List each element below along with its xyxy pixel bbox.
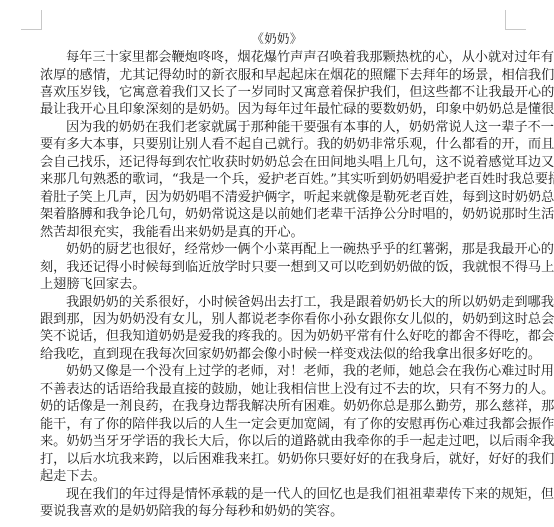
paragraph-3-line-2: 刻，我还记得小时候每到临近放学时只要一想到又可以吃到奶奶做的饭，我就恨不得马上插: [40, 259, 514, 277]
paragraph-2-line-2: 要有多大本事，只要别让别人看不起自己就行。我的奶奶非常乐观，什么都看的开，而且很: [40, 136, 514, 154]
paragraph-2-line-4: 来那几句熟悉的歌词，“我是一个兵，爱护老百姓。”其实听到奶奶唱爱护老百姓时我总要…: [40, 171, 514, 189]
page-corner-mark-top-right: [505, 10, 526, 30]
page-corner-mark-top-left: [21, 10, 42, 30]
paragraph-1-line-2: 浓厚的感情，尤其记得幼时的新衣服和早起起床在烟花的照耀下去拜年的场景，相信我们都: [40, 67, 514, 85]
paragraph-1-line-1: 每年三十家里都会鞭炮咚咚，烟花爆竹声声召唤着我那颗热枕的心，从小就对过年有着: [66, 49, 514, 67]
paragraph-2-line-6: 架着胳膊和我争论几句，奶奶常说这是以前她们老辈干活挣公分时唱的，奶奶说那时生活虽: [40, 206, 514, 224]
paragraph-2-line-3: 会自己找乐，还记得每到农忙收获时奶奶总会在田间地头唱上几句，这不说着感觉耳边又传: [40, 154, 514, 172]
paragraph-4-line-3: 笑不说话，但我知道奶奶是爱我的疼我的。因为奶奶平常有什么好吃的都舍不得吃，都会留: [40, 328, 514, 346]
paragraph-3-line-1: 奶奶的厨艺也很好，经常炒一俩个小菜再配上一碗热乎乎的红薯粥，那是我最开心的时: [66, 241, 514, 259]
paragraph-3-line-3: 上翅膀飞回家去。: [40, 276, 514, 294]
paragraph-4-line-4: 给我吃，直到现在我每次回家奶奶都会像小时候一样变戏法似的给我拿出很多好吃的。: [40, 346, 514, 364]
paragraph-4-line-2: 跟到那，因为奶奶没有女儿，别人都说老李你看你小孙女跟你女儿似的，奶奶到这时总会笑: [40, 311, 514, 329]
paragraph-5-line-6: 打，以后水坑我来跨，以后困难我来扛。奶奶你只要好好的在我身后，就好，好好的我们一: [40, 451, 514, 469]
paragraph-2-line-7: 然苦却很充实，我能看出来奶奶是真的开心。: [40, 224, 514, 242]
paragraph-2-line-5: 着肚子笑上几声，因为奶奶唱不清爱护俩字，听起来就像是勒死老百姓，每到这时奶奶总会: [40, 189, 514, 207]
paragraph-5-line-3: 奶的话像是一剂良药，在我身边帮我解决所有困难。奶奶你总是那么勤劳，那么慈祥，那么: [40, 398, 514, 416]
paragraph-5-line-7: 起走下去。: [40, 468, 514, 486]
paragraph-6-line-1: 现在我们的年过得是情怀承载的是一代人的回忆也是我们祖祖辈辈传下来的规矩，但我: [66, 486, 514, 504]
paragraph-6-line-2: 要说我喜欢的是奶奶陪我的每分每秒和奶奶的笑容。: [40, 503, 514, 521]
paragraph-1-line-4: 最让我开心且印象深刻的是奶奶。因为每年过年最忙碌的要数奶奶，印象中奶奶总是懂很多…: [40, 101, 514, 119]
document-page: 《奶奶》 每年三十家里都会鞭炮咚咚，烟花爆竹声声召唤着我那颗热枕的心，从小就对过…: [0, 0, 554, 527]
paragraph-5-line-1: 奶奶又像是一个没有上过学的老师，对！老师，我的老师，她总会在我伤心难过时用她: [66, 363, 514, 381]
paragraph-2-line-1: 因为我的奶奶在我们老家就属于那种能干要强有本事的人，奶奶常说人这一辈子不一定: [66, 119, 514, 137]
paragraph-5-line-2: 不善表达的话语给我最直接的鼓励，她让我相信世上没有过不去的坎，只有不努力的人。奶: [40, 381, 514, 399]
paragraph-5-line-4: 能干，有了你的陪伴我以后的人生一定会更加宽阔，有了你的安慰再伤心难过我都会振作起: [40, 416, 514, 434]
paragraph-4-line-1: 我跟奶奶的关系很好，小时候爸妈出去打工，我是跟着奶奶长大的所以奶奶走到哪我就: [66, 294, 514, 312]
paragraph-5-line-5: 来。奶奶当牙牙学语的我长大后，你以后的道路就由我牵你的手一起走过吧，以后雨伞我来: [40, 433, 514, 451]
document-title: 《奶奶》: [0, 31, 554, 47]
paragraph-1-line-3: 喜欢压岁钱，它寓意着我们又长了一岁同时又寓意着保护我们，但这些都不让我最开心的，: [40, 84, 514, 102]
